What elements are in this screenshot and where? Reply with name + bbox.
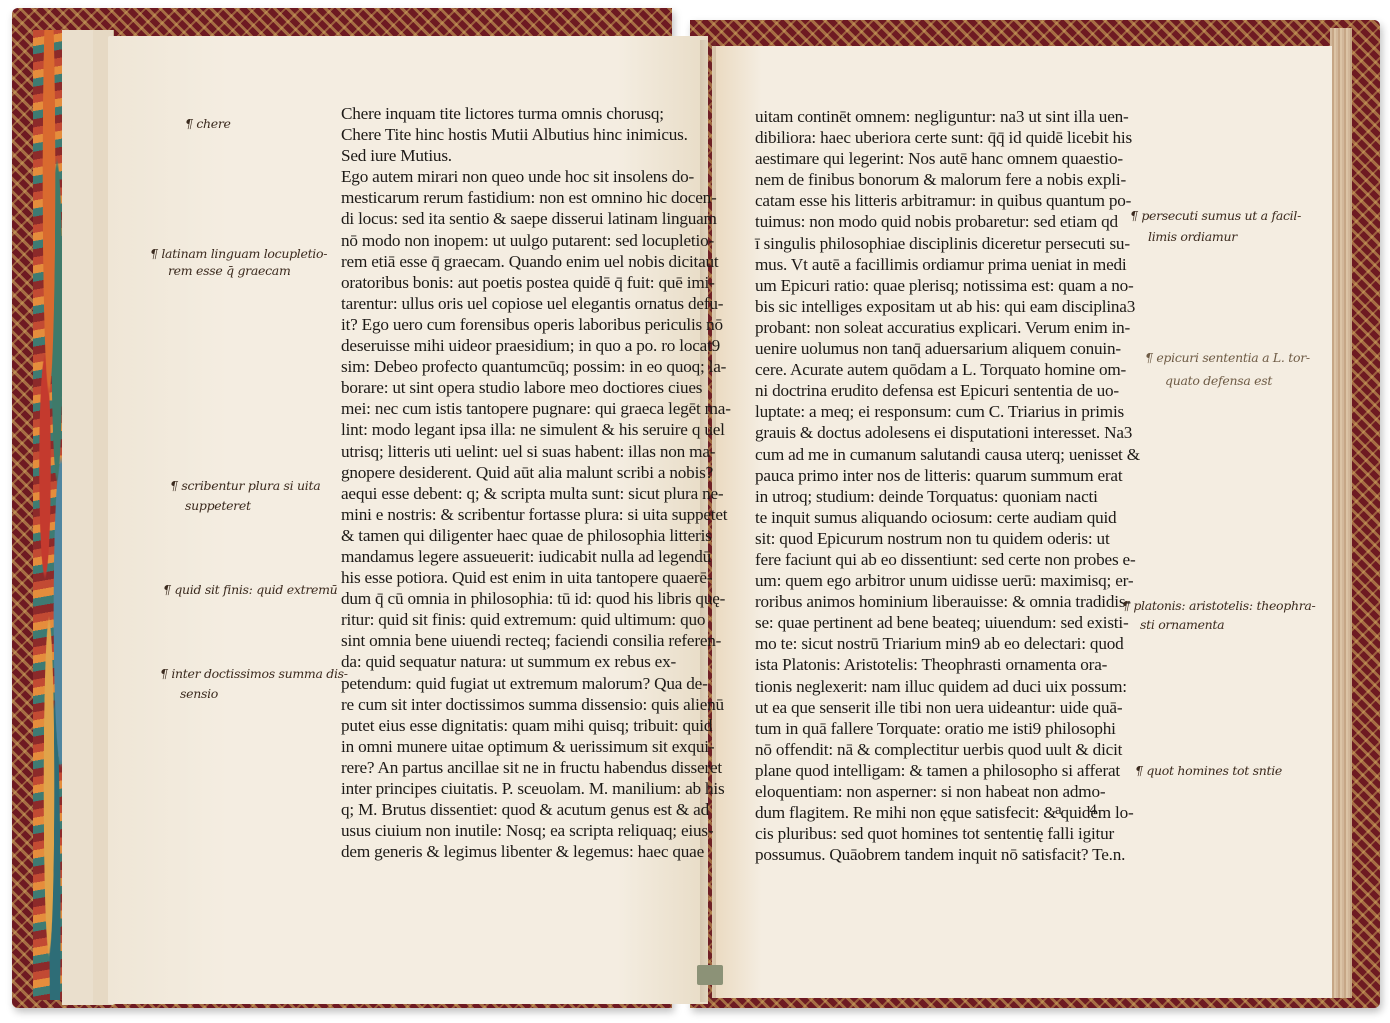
text-line: possumus. Quāobrem tandem inquit nō sati… [755,844,1115,865]
marginal-note: ¶ epicuri sententia a L. tor- [1145,350,1310,365]
text-line: ista Platonis: Aristotelis: Theophrasti … [755,654,1115,675]
text-line: fere faciunt qui ab eo dissentiunt: sed … [755,549,1115,570]
text-line: in omni munere uitae optimum & uerissimu… [341,736,691,757]
text-line: sim: Debeo profecto quantumcūq; possim: … [341,356,691,377]
text-line: it? Ego uero cum forensibus operis labor… [341,314,691,335]
text-line: cis pluribus: sed quot homines tot sente… [755,823,1115,844]
text-line: probant: non soleat accuratius explicari… [755,317,1115,338]
text-line: nō offendit: nā & complectitur uerbis qu… [755,739,1115,760]
text-line: sint omnia bene uiuendi recteq; faciendi… [341,630,691,651]
text-line: eloquentiam: non asperner: si non habeat… [755,781,1115,802]
spine-headband [697,965,723,985]
text-line: his esse potiora. Quid est enim in uita … [341,567,691,588]
text-line: deseruisse mihi uideor praesidium; in qu… [341,335,691,356]
text-line: mini e nostris: & scribentur fortasse pl… [341,504,691,525]
text-line: se: quae pertinent ad bene beateq; uiuen… [755,612,1115,633]
text-line: bis sic intelliges expositam ut ab his: … [755,296,1115,317]
text-line: rem etiā esse q̄ graecam. Quando enim ue… [341,251,691,272]
text-line: Ego autem mirari non queo unde hoc sit i… [341,166,691,187]
page-edges [1330,28,1352,998]
text-line: & tamen qui diligenter haec quae de phil… [341,525,691,546]
text-line: grauis & doctus adolesens ei disputation… [755,422,1115,443]
text-line: um Epicuri ratio: quae plerisq; notissim… [755,275,1115,296]
right-page-text: uitam continēt omnem: negliguntur: na3 u… [755,106,1115,865]
text-line: um: quem ego arbitror unum uidisse uerū:… [755,570,1115,591]
text-line: dibiliora: haec uberiora certe sunt: q̄q… [755,127,1115,148]
text-line: dem generis & legimus libenter & legemus… [341,841,691,862]
text-line: aestimare qui legerint: Nos autē hanc om… [755,148,1115,169]
text-line: borare: ut sint opera studio labore meo … [341,377,691,398]
marginal-note: limis ordiamur [1148,229,1237,244]
text-line: utrisq; litteris uti uelint: uel si suas… [341,441,691,462]
text-line: mesticarum rerum fastidium: non est omni… [341,187,691,208]
text-line: uitam continēt omnem: negliguntur: na3 u… [755,106,1115,127]
text-line: Sed iure Mutius. [341,145,691,166]
text-line: q; M. Brutus dissentiet: quod & acutum g… [341,799,691,820]
text-line: mei: nec cum istis tantopere pugnare: qu… [341,398,691,419]
marginal-note: sti ornamenta [1140,617,1224,632]
marginal-note: rem esse q̄ graecam [168,263,291,278]
marginal-note: ¶ quid sit finis: quid extremū [163,582,337,597]
text-line: pauca primo inter nos de litteris: quaru… [755,465,1115,486]
text-line: dum q̄ cū omnia in philosophia: tū id: q… [341,588,691,609]
text-line: sit: quod Epicurum nostrum non tu quidem… [755,528,1115,549]
text-line: mo te: sicut nostrū Triarium min9 ab eo … [755,633,1115,654]
text-line: re cum sit inter doctissimos summa disse… [341,694,691,715]
marginal-note: ¶ latinam linguam locupletio- [150,246,327,261]
text-line: Chere Tite hinc hostis Mutii Albutius hi… [341,124,691,145]
text-line: tionis neglexerit: nam illuc quidem ad d… [755,676,1115,697]
text-line: usus ciuium non inutile: Nosq; ea script… [341,820,691,841]
marginal-note: quato defensa est [1165,373,1272,388]
text-line: catam esse his litteris arbitramur: in q… [755,190,1115,211]
marginal-note: suppeteret [185,498,251,513]
text-line: mus. Vt autē a facillimis ordiamur prima… [755,254,1115,275]
text-line: oratoribus bonis: aut poetis postea quid… [341,272,691,293]
left-page-text: Chere inquam tite lictores turma omnis c… [341,103,691,862]
text-line: cum ad me in cumanum salutandi causa ute… [755,444,1115,465]
text-line: rere? An partus ancillae sit ne in fruct… [341,757,691,778]
marginal-note: ¶ quot homines tot sntie [1135,763,1282,778]
text-line: tuimus: non modo quid nobis probaretur: … [755,211,1115,232]
text-line: tum in quā fallere Torquate: oratio me i… [755,718,1115,739]
marginal-note: ¶ scribentur plura si uita [170,478,320,493]
text-line: cere. Acurate autem quōdam a L. Torquato… [755,359,1115,380]
text-line: aequi esse debent: q; & scripta multa su… [341,483,691,504]
text-line: nō modo non inopem: ut uulgo putarent: s… [341,230,691,251]
text-line: putet eius esse dignitatis: quam mihi qu… [341,715,691,736]
text-line: da: quid sequatur natura: ut summum ex r… [341,651,691,672]
text-line: ritur: quid sit finis: quid extremum: qu… [341,609,691,630]
marginal-note: sensio [180,686,218,701]
marginal-note: ¶ persecuti sumus ut a facil- [1130,208,1301,223]
text-line: gnopere desiderent. Quid aūt alia malunt… [341,462,691,483]
text-line: petendum: quid fugiat ut extremum maloru… [341,673,691,694]
marginal-note: ¶ inter doctissimos summa dis- [160,666,348,681]
text-line: plane quod intelligam: & tamen a philoso… [755,760,1115,781]
text-line: tarentur: ullus oris uel copiose uel ele… [341,293,691,314]
marginal-note: ¶ chere [185,116,231,131]
text-line: ī singulis philosophiae disciplinis dice… [755,233,1115,254]
text-line: lint: modo legant ipsa illa: ne simulent… [341,419,691,440]
marginal-note: ¶ platonis: aristotelis: theophra- [1122,598,1315,613]
text-line: di locus: sed ita sentio & saepe disseru… [341,208,691,229]
text-line: Chere inquam tite lictores turma omnis c… [341,103,691,124]
signature-mark: a 4 [1055,802,1109,819]
text-line: luptate: a meq; ei responsum: cum C. Tri… [755,401,1115,422]
text-line: inter principes ciuitatis. P. sceuolam. … [341,778,691,799]
text-line: in utroq; studium: deinde Torquatus: quo… [755,486,1115,507]
text-line: te inquit sumus aliquando ociosum: certe… [755,507,1115,528]
text-line: ni doctrina erudito defensa est Epicuri … [755,380,1115,401]
text-line: roribus animos hominium liberauisse: & o… [755,591,1115,612]
text-line: mandamus legere assueuerit: iudicabit nu… [341,546,691,567]
text-line: nem de finibus bonorum & malorum fere a … [755,169,1115,190]
text-line: uenire uolumus non tanq̄ aduersarium ali… [755,338,1115,359]
text-line: ut ea que senserit ille tibi non uera ui… [755,697,1115,718]
